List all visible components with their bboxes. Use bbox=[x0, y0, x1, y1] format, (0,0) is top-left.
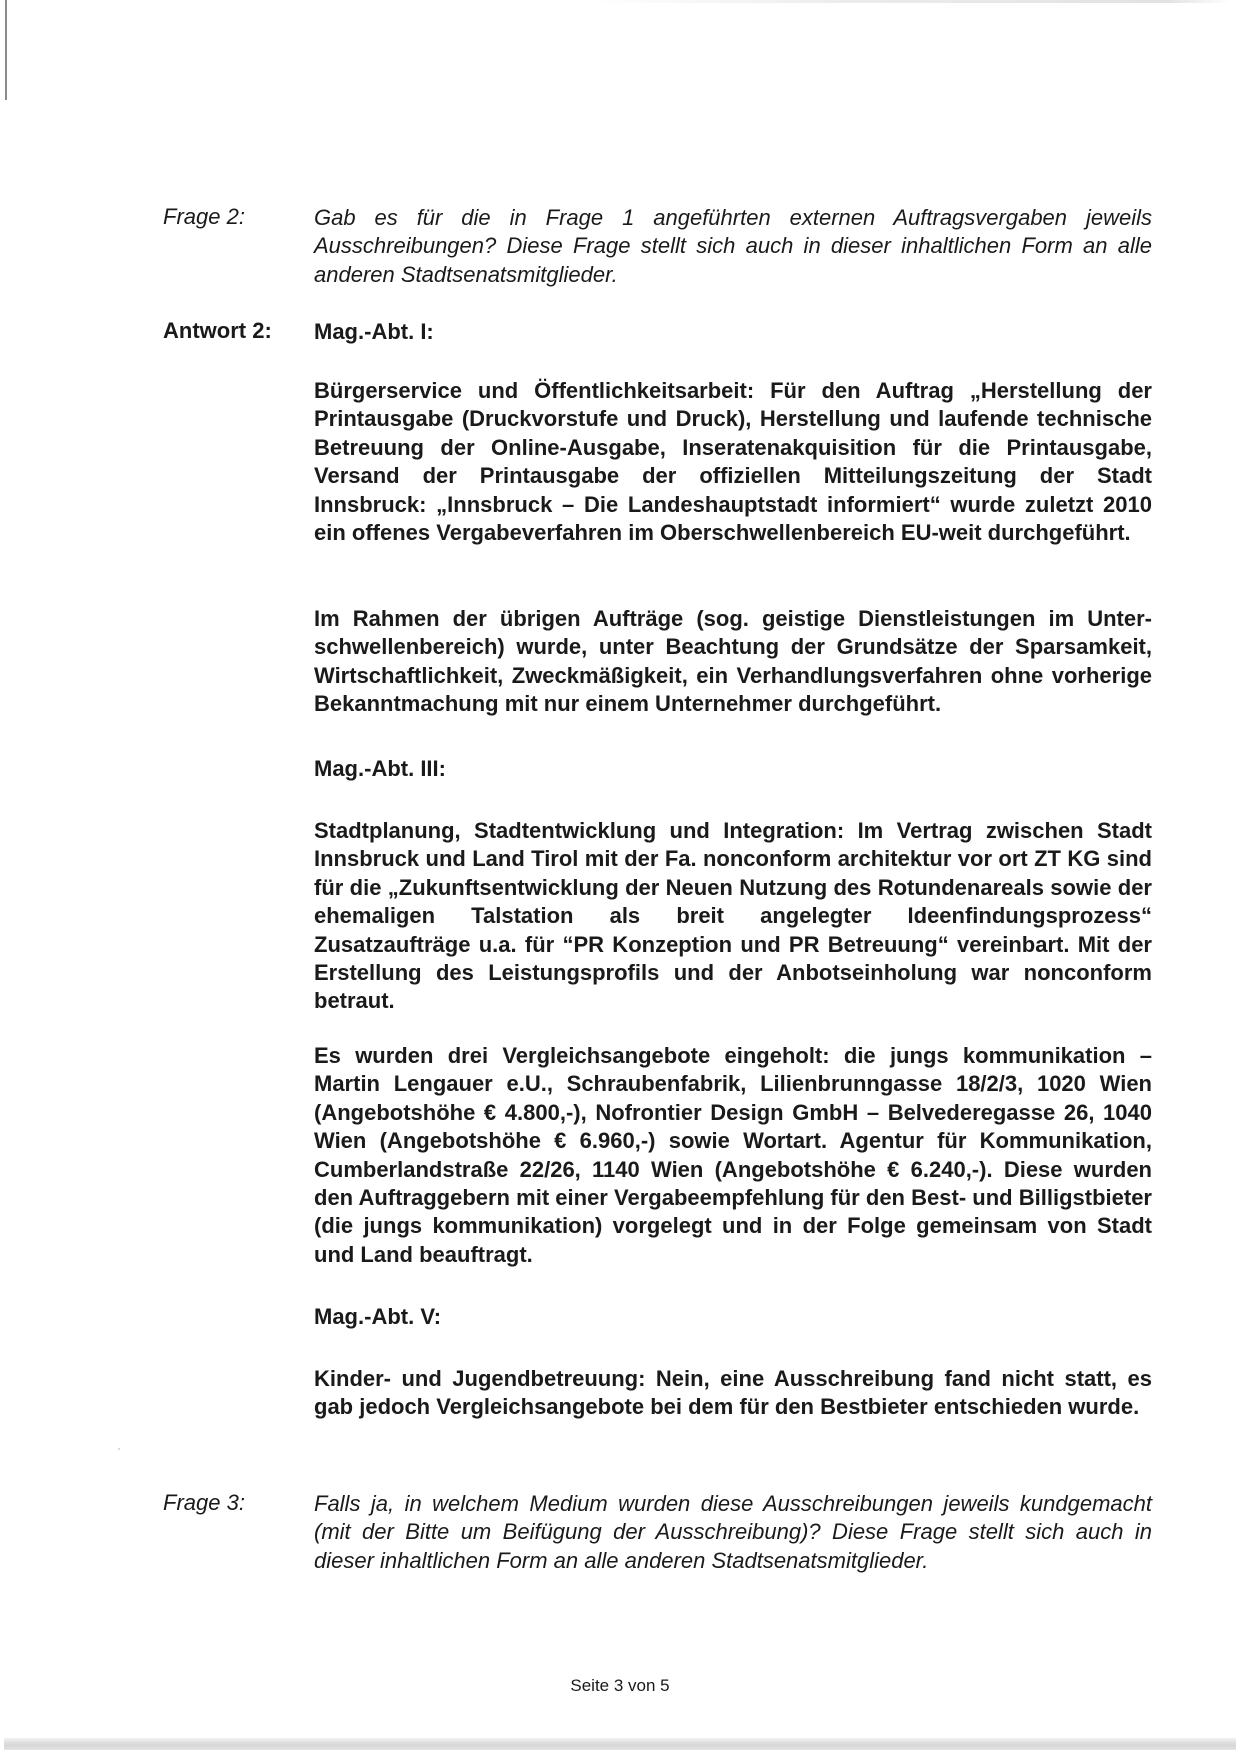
paragraph: Es wurden drei Vergleichsangebote eingeh… bbox=[314, 1042, 1152, 1269]
scan-speck bbox=[118, 1448, 120, 1450]
section-heading: Mag.-Abt. I: bbox=[314, 318, 1152, 346]
paragraph: Im Rahmen der übrigen Aufträge (sog. gei… bbox=[314, 605, 1152, 719]
question-2-paragraph: Gab es für die in Frage 1 angeführten ex… bbox=[314, 204, 1152, 289]
scan-edge-top bbox=[590, 0, 1230, 3]
scan-edge-bottom bbox=[4, 1738, 1236, 1750]
section-heading: Mag.-Abt. III: bbox=[314, 755, 1152, 783]
scan-edge-left bbox=[5, 0, 7, 100]
paragraph: Stadtplanung, Stadtentwicklung und Integ… bbox=[314, 817, 1152, 1016]
section-abt-5-paragraph-1: Kinder- und Jugendbetreuung: Nein, eine … bbox=[314, 1365, 1152, 1422]
section-heading-abt-1: Mag.-Abt. I: bbox=[314, 318, 1152, 346]
section-heading: Mag.-Abt. V: bbox=[314, 1303, 1152, 1331]
section-abt-1-paragraph-2: Im Rahmen der übrigen Aufträge (sog. gei… bbox=[314, 605, 1152, 719]
section-heading-abt-5: Mag.-Abt. V: bbox=[314, 1303, 1152, 1331]
section-abt-3-paragraph-2: Es wurden drei Vergleichsangebote eingeh… bbox=[314, 1042, 1152, 1269]
question-2-label: Frage 2: bbox=[163, 204, 245, 230]
paragraph: Kinder- und Jugendbetreuung: Nein, eine … bbox=[314, 1365, 1152, 1422]
answer-2-label: Antwort 2: bbox=[163, 318, 272, 344]
section-abt-3-paragraph-1: Stadtplanung, Stadtentwicklung und Integ… bbox=[314, 817, 1152, 1016]
page-number: Seite 3 von 5 bbox=[0, 1676, 1240, 1696]
question-3-paragraph: Falls ja, in welchem Medium wurden diese… bbox=[314, 1490, 1152, 1575]
question-3-text: Falls ja, in welchem Medium wurden diese… bbox=[314, 1490, 1152, 1575]
paragraph: Bürgerservice und Öffentlichkeitsarbeit:… bbox=[314, 377, 1152, 547]
section-heading-abt-3: Mag.-Abt. III: bbox=[314, 755, 1152, 783]
question-2-text: Gab es für die in Frage 1 angeführten ex… bbox=[314, 204, 1152, 289]
section-abt-1-paragraph-1: Bürgerservice und Öffentlichkeitsarbeit:… bbox=[314, 377, 1152, 547]
question-3-label: Frage 3: bbox=[163, 1490, 245, 1516]
